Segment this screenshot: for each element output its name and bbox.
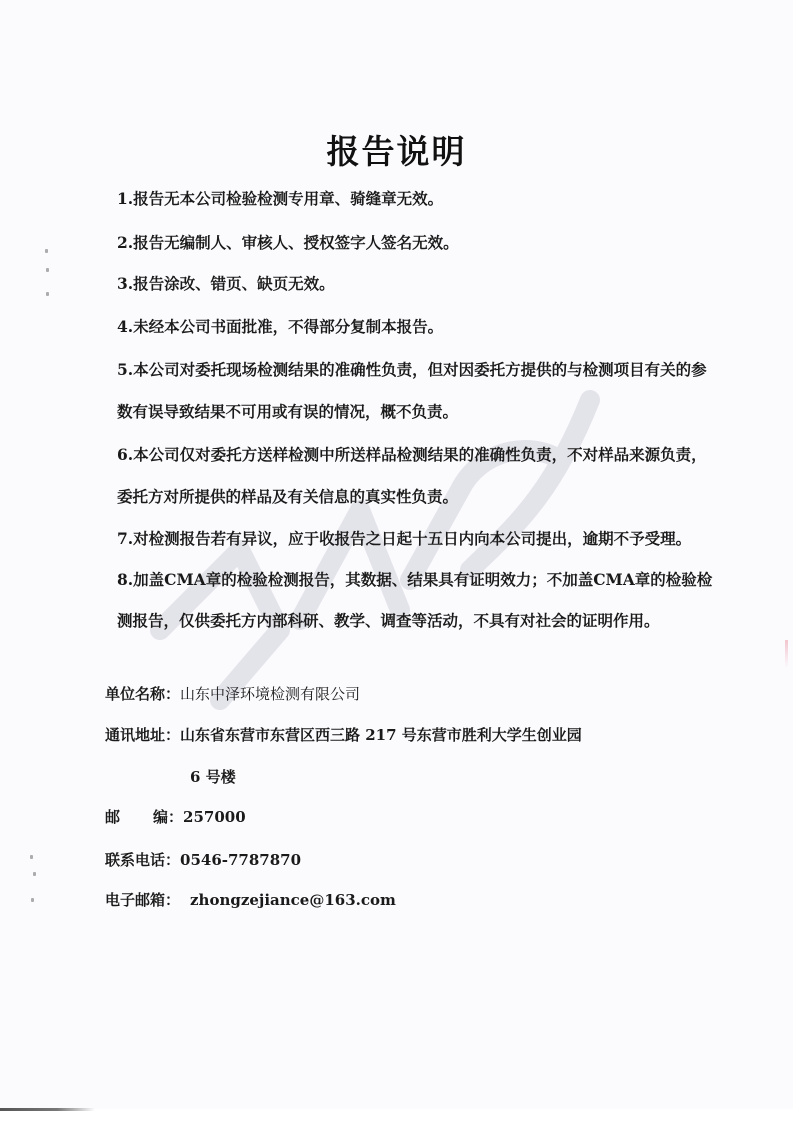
address-label: 通讯地址： [105,724,180,745]
company-value: 山东中泽环境检测有限公司 [180,685,360,703]
margin-mark [46,268,49,272]
postcode-label-2: 编： [153,806,183,827]
address-row: 通讯地址：山东省东营市东营区西三路 217 号东营市胜利大学生创业园 [105,724,582,745]
item-2: 2.报告无编制人、审核人、授权签字人签名无效。 [117,231,459,253]
item-8-line-1: 8.加盖CMA章的检验检测报告，其数据、结果具有证明效力；不加盖CMA章的检验检 [117,568,712,590]
item-7: 7.对检测报告若有异议，应于收报告之日起十五日内向本公司提出，逾期不予受理。 [117,527,691,549]
item-6-line-2: 委托方对所提供的样品及有关信息的真实性负责。 [117,485,458,507]
scan-shadow [0,1108,95,1111]
item-5-line-1: 5.本公司对委托现场检测结果的准确性负责，但对因委托方提供的与检测项目有关的参 [117,358,707,380]
margin-mark [31,898,34,902]
phone-row: 联系电话：0546-7787870 [105,849,301,870]
email-label: 电子邮箱： [105,889,180,910]
item-1: 1.报告无本公司检验检测专用章、骑缝章无效。 [117,187,443,209]
address-value-line-2: 6 号楼 [190,766,236,787]
phone-label: 联系电话： [105,849,180,870]
item-5-line-2: 数有误导致结果不可用或有误的情况，概不负责。 [117,400,458,422]
postcode-label-1: 邮 [105,806,153,827]
email-value: zhongzejiance@163.com [190,891,396,909]
stamp-edge-mark [785,640,788,668]
margin-mark [33,872,36,876]
margin-mark [45,249,48,253]
item-6-line-1: 6.本公司仅对委托方送样检测中所送样品检测结果的准确性负责，不对样品来源负责， [117,443,707,465]
company-label: 单位名称： [105,683,180,704]
phone-value: 0546-7787870 [180,851,301,869]
address-value-line-1: 山东省东营市东营区西三路 217 号东营市胜利大学生创业园 [180,726,582,744]
company-row: 单位名称：山东中泽环境检测有限公司 [105,683,360,704]
item-3: 3.报告涂改、错页、缺页无效。 [117,272,335,294]
item-4: 4.未经本公司书面批准，不得部分复制本报告。 [117,315,443,337]
email-row: 电子邮箱：zhongzejiance@163.com [105,889,396,910]
page-title: 报告说明 [0,126,793,173]
postcode-value: 257000 [183,808,246,826]
margin-mark [46,292,49,296]
item-8-line-2: 测报告，仅供委托方内部科研、教学、调查等活动，不具有对社会的证明作用。 [117,609,660,631]
postcode-row: 邮编：257000 [105,806,246,827]
margin-mark [30,855,33,859]
page-bottom-edge [0,1109,793,1122]
